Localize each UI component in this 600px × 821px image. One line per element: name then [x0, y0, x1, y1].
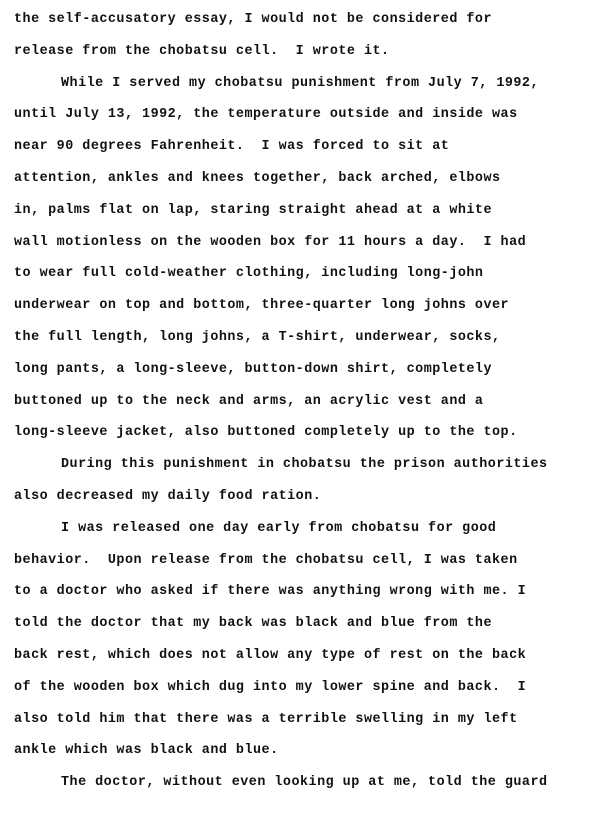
text-line: until July 13, 1992, the temperature out…: [14, 107, 518, 123]
text-line: ankle which was black and blue.: [14, 743, 279, 759]
text-line: to a doctor who asked if there was anyth…: [14, 584, 526, 600]
text-line: of the wooden box which dug into my lowe…: [14, 680, 526, 696]
text-line: the self-accusatory essay, I would not b…: [14, 12, 492, 28]
paragraph-first-line: During this punishment in chobatsu the p…: [61, 457, 548, 473]
text-line: in, palms flat on lap, staring straight …: [14, 203, 492, 219]
text-line: buttoned up to the neck and arms, an acr…: [14, 394, 483, 410]
text-line: back rest, which does not allow any type…: [14, 648, 526, 664]
text-line: to wear full cold-weather clothing, incl…: [14, 266, 483, 282]
text-line: long-sleeve jacket, also buttoned comple…: [14, 425, 518, 441]
paragraph-first-line: While I served my chobatsu punishment fr…: [61, 76, 539, 92]
text-line: told the doctor that my back was black a…: [14, 616, 492, 632]
text-line: long pants, a long-sleeve, button-down s…: [14, 362, 492, 378]
text-line: behavior. Upon release from the chobatsu…: [14, 553, 518, 569]
text-line: near 90 degrees Fahrenheit. I was forced…: [14, 139, 449, 155]
document-page: the self-accusatory essay, I would not b…: [0, 0, 600, 821]
text-line: underwear on top and bottom, three-quart…: [14, 298, 509, 314]
text-line: release from the chobatsu cell. I wrote …: [14, 44, 390, 60]
text-line: the full length, long johns, a T-shirt, …: [14, 330, 501, 346]
paragraph-first-line: The doctor, without even looking up at m…: [61, 775, 548, 791]
text-line: also told him that there was a terrible …: [14, 712, 518, 728]
paragraph-first-line: I was released one day early from chobat…: [61, 521, 496, 537]
text-line: also decreased my daily food ration.: [14, 489, 321, 505]
text-line: attention, ankles and knees together, ba…: [14, 171, 501, 187]
text-line: wall motionless on the wooden box for 11…: [14, 235, 526, 251]
